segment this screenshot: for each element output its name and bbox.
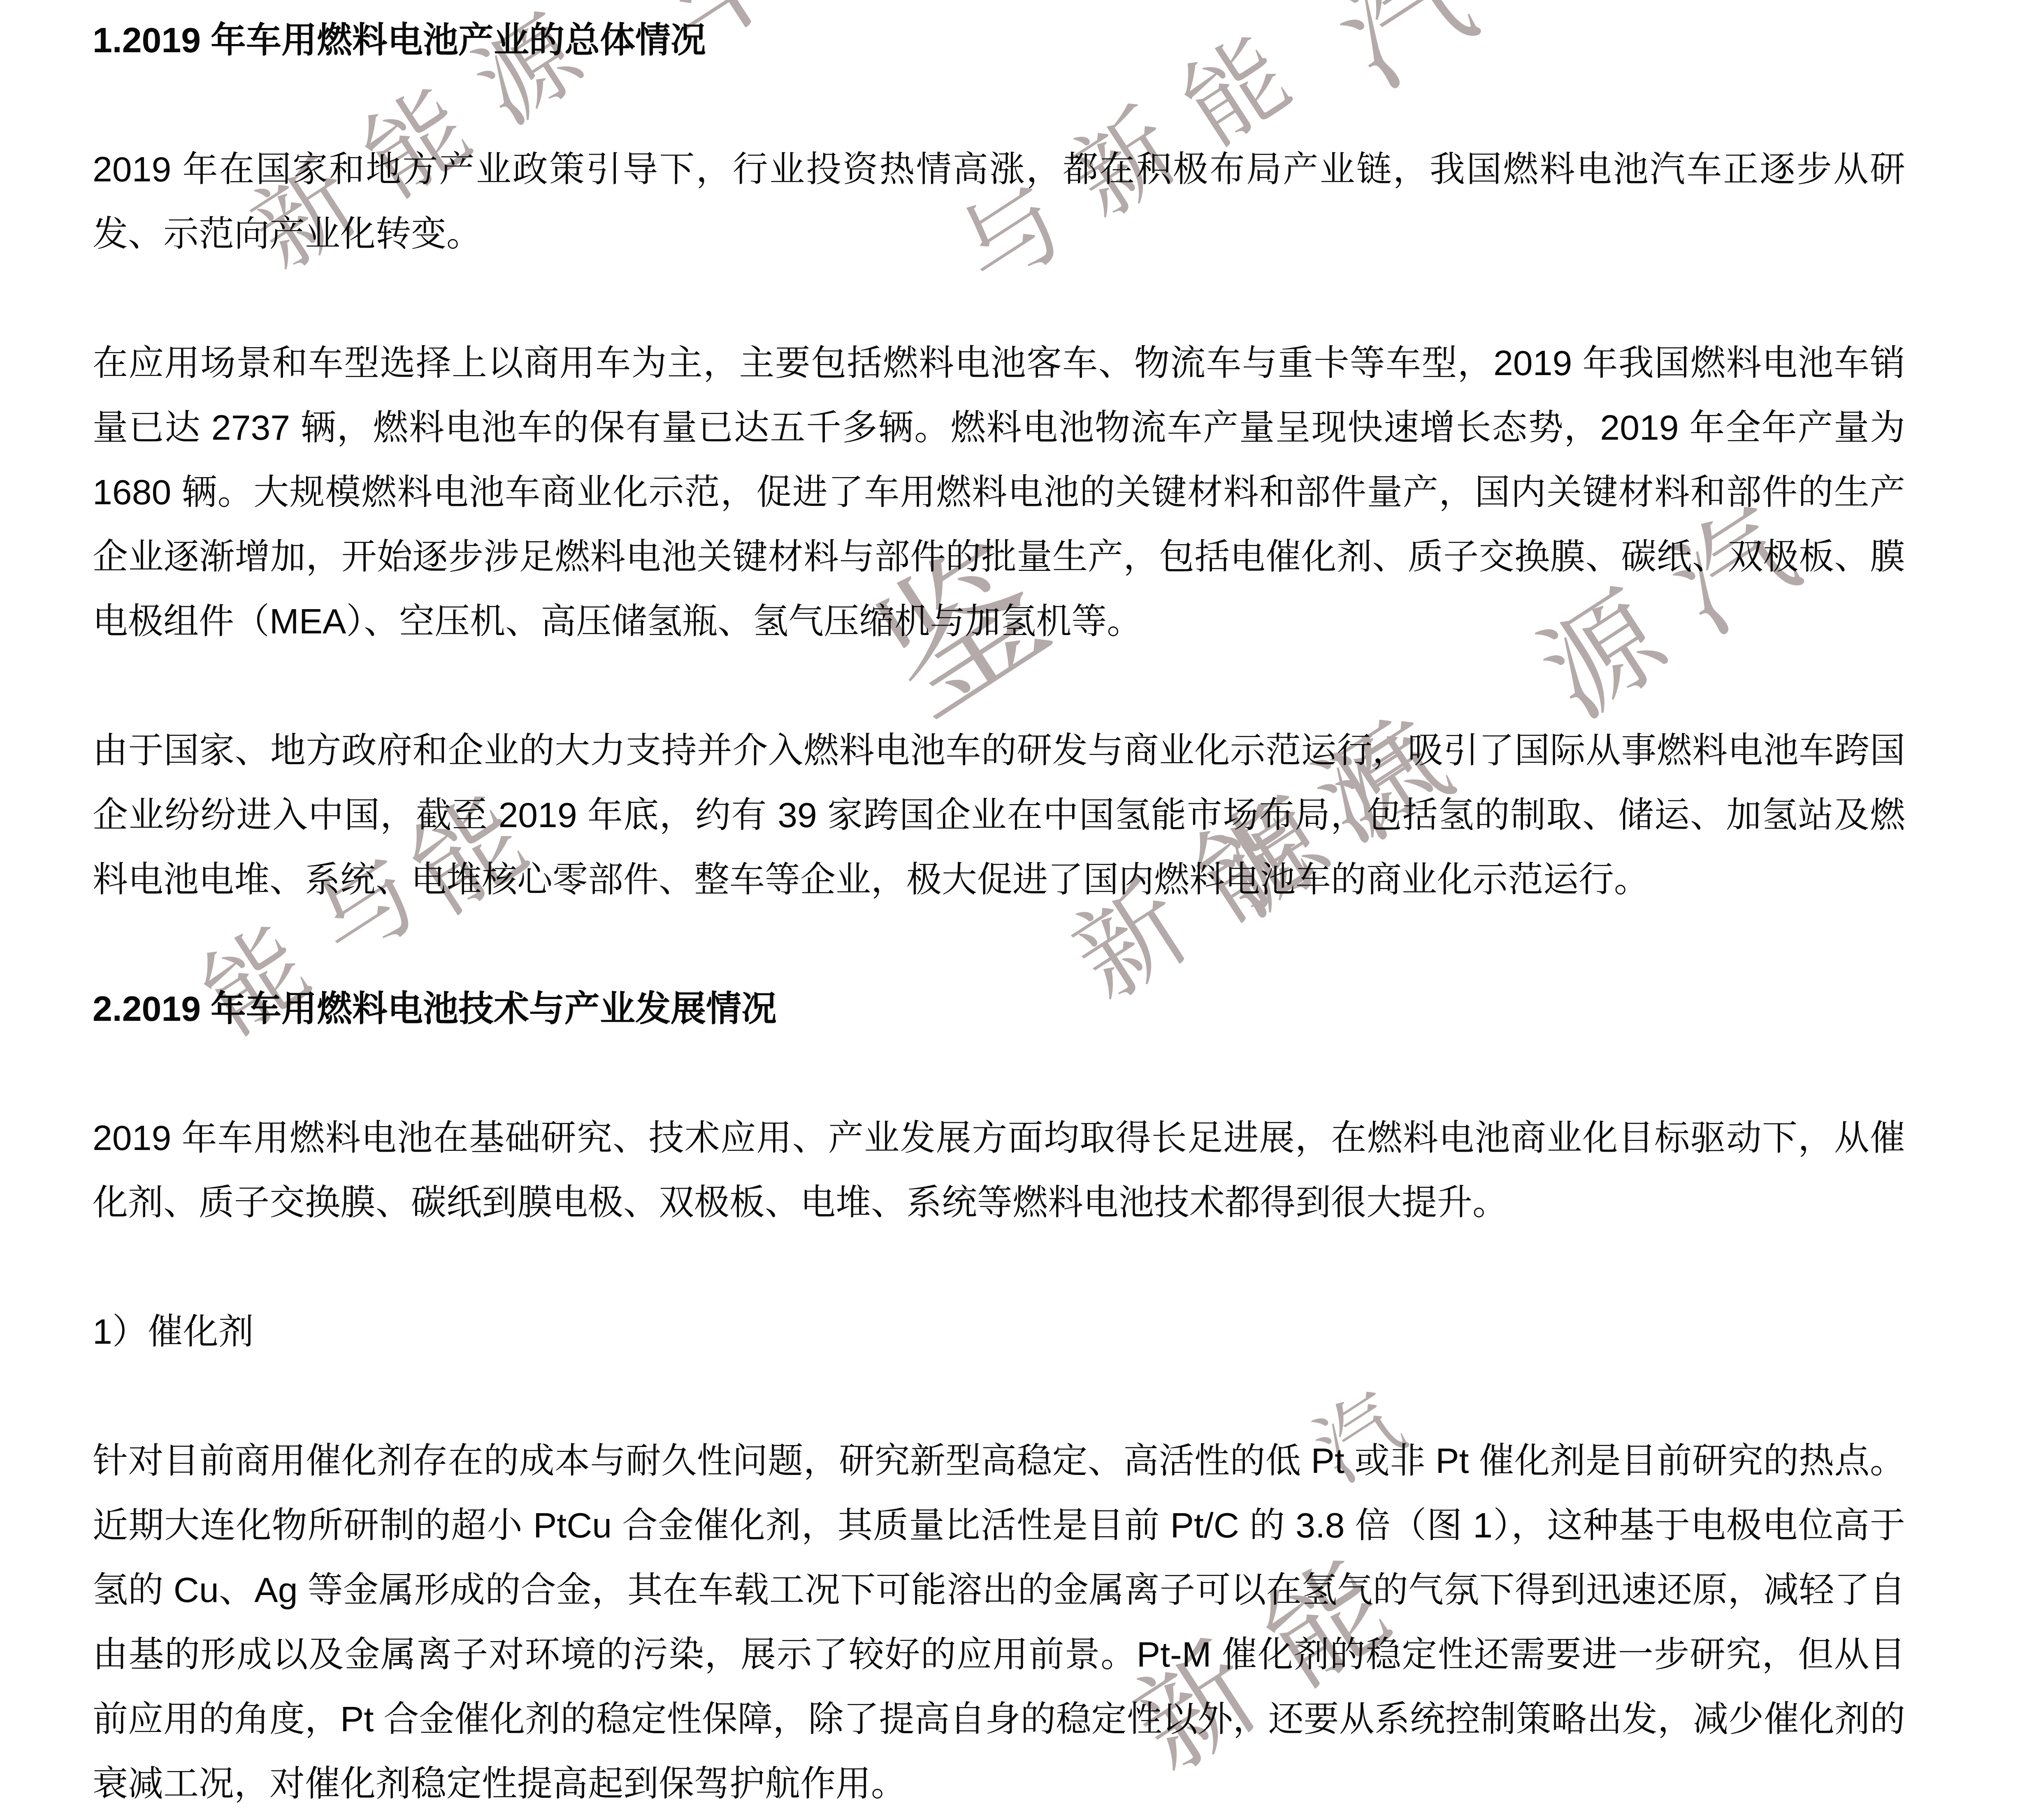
paragraph-catalyst-detail: 针对目前商用催化剂存在的成本与耐久性问题，研究新型高稳定、高活性的低 Pt 或非…	[93, 1429, 1905, 1816]
document-page: 1.2019 年车用燃料电池产业的总体情况 2019 年在国家和地方产业政策引导…	[0, 0, 2041, 1816]
paragraph-multinational: 由于国家、地方政府和企业的大力支持并介入燃料电池车的研发与商业化示范运行，吸引了…	[93, 719, 1905, 912]
section-heading-technology: 2.2019 年车用燃料电池技术与产业发展情况	[93, 977, 1905, 1041]
section-heading-overview: 1.2019 年车用燃料电池产业的总体情况	[93, 8, 1905, 73]
paragraph-tech-progress: 2019 年车用燃料电池在基础研究、技术应用、产业发展方面均取得长足进展，在燃料…	[93, 1106, 1905, 1235]
subheading-catalyst: 1）催化剂	[93, 1300, 1905, 1364]
paragraph-policy-intro: 2019 年在国家和地方产业政策引导下，行业投资热情高涨，都在积极布局产业链，我…	[93, 137, 1905, 267]
paragraph-market-volume: 在应用场景和车型选择上以商用车为主，主要包括燃料电池客车、物流车与重卡等车型，2…	[93, 331, 1905, 654]
